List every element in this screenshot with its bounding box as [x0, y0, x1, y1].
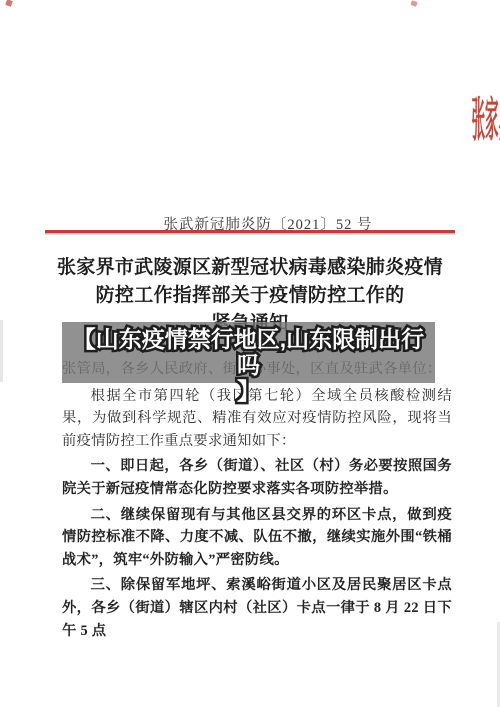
body-paragraph-item-1: 一、即日起，各乡（街道）、社区（村）务必要按照国务院关于新冠疫情常态化防控要求落…	[62, 455, 452, 500]
watermark-text-line-2: 】	[62, 378, 435, 404]
red-divider-rule	[45, 230, 455, 233]
red-corner-mark-left	[5, 0, 13, 7]
letterhead-banner: 张家界市武陵源区新型冠状病毒感染肺炎疫情防控工作指挥部文件	[0, 96, 500, 146]
body-paragraph-item-2: 二、继续保留现有与其他区县交界的环区卡点，做到疫情防控标准不降、力度不减、队伍不…	[62, 504, 452, 572]
scan-edge-smudge-left	[0, 320, 3, 382]
watermark-overlay-band: 【山东疫情禁行地区,山东限制出行吗 】	[62, 322, 435, 383]
document-title-line-2: 防控工作指挥部关于疫情防控工作的	[96, 285, 405, 306]
body-paragraph-item-3: 三、除保留军地坪、索溪峪街道小区及居民聚居区卡点外，各乡（街道）辖区内村（社区）…	[62, 574, 452, 642]
document-title-line-1: 张家界市武陵源区新型冠状病毒感染肺炎疫情	[57, 257, 443, 278]
scanned-official-document: 张家界市武陵源区新型冠状病毒感染肺炎疫情防控工作指挥部文件 张武新冠肺炎防〔20…	[0, 0, 500, 707]
watermark-text-line-1: 【山东疫情禁行地区,山东限制出行吗	[62, 326, 435, 378]
red-corner-mark-right	[410, 0, 417, 7]
letterhead-text: 张家界市武陵源区新型冠状病毒感染肺炎疫情防控工作指挥部文件	[472, 96, 500, 145]
